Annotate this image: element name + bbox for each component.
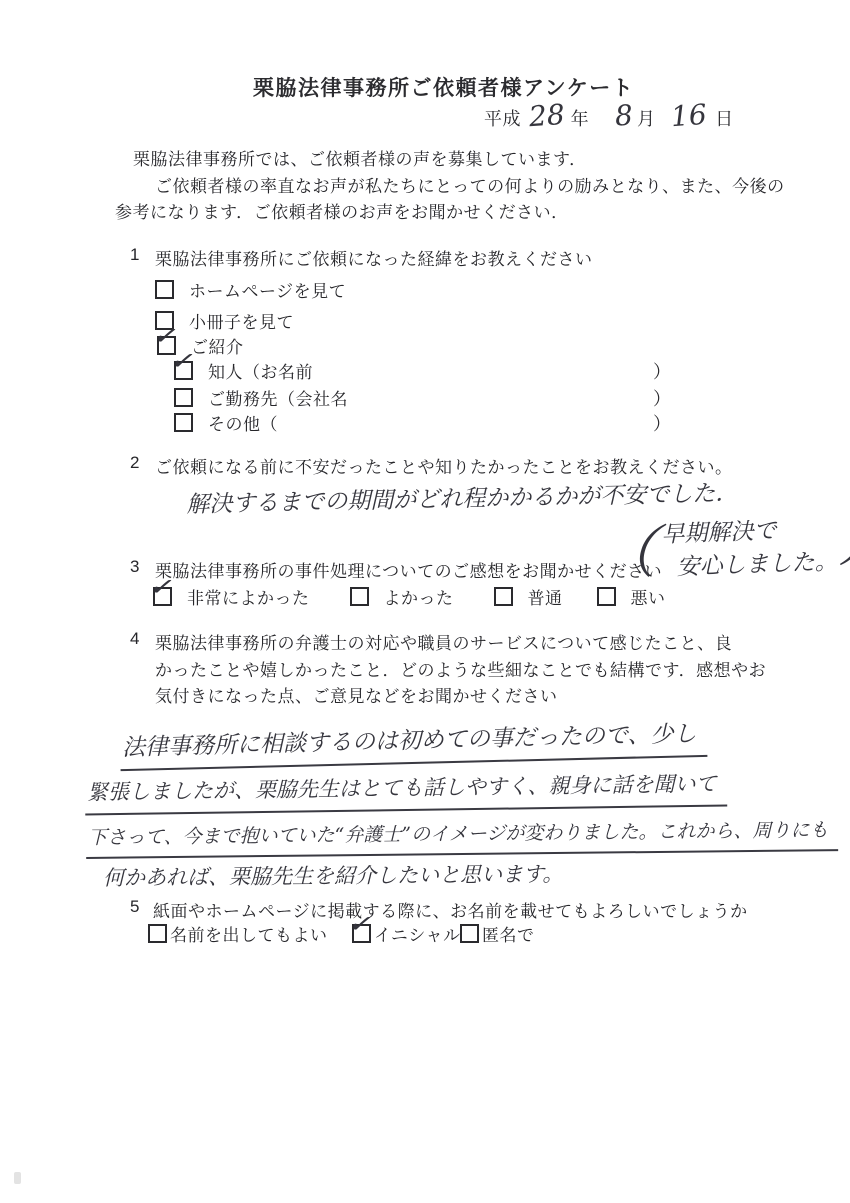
checkbox[interactable] — [350, 587, 369, 606]
checkbox-checked[interactable]: ✓ — [352, 924, 371, 943]
option-label: よかった — [384, 584, 454, 609]
q5-option-anonymous: 匿名で — [460, 921, 535, 946]
q4-text-line-1: 栗脇法律事務所の弁護士の対応や職員のサービスについて感じたこと、良 — [155, 629, 732, 654]
checkbox[interactable] — [155, 280, 174, 299]
q4-answer-line-2: 緊張しましたが、栗脇先生はとても話しやすく、親身に話を聞いて — [85, 768, 727, 816]
intro-line-2: ご依頼者様の率直なお声が私たちにとっての何よりの励みとなり、また、今後の — [155, 172, 785, 197]
check-icon: ✓ — [147, 573, 177, 602]
option-label: ご勤務先（会社名 — [208, 385, 348, 410]
option-label: 非常によかった — [187, 584, 310, 609]
option-label: 普通 — [528, 584, 563, 609]
option-label: その他（ — [208, 410, 278, 435]
scan-artifact — [14, 1172, 21, 1184]
q4-text-line-3: 気付きになった点、ご意見などをお聞かせください — [155, 682, 558, 707]
q3-text: 栗脇法律事務所の事件処理についてのご感想をお聞かせください — [155, 557, 662, 582]
date-day-unit: 日 — [715, 105, 734, 131]
q3-number: 3 — [130, 557, 140, 577]
close-paren: ） — [837, 506, 850, 579]
checkbox[interactable] — [148, 924, 167, 943]
date-line: 平成 28 年 8 月 16 日 — [484, 102, 734, 131]
checkbox[interactable] — [597, 587, 616, 606]
q4-answer-line-4: 何かあれば、栗脇先生を紹介したいと思います。 — [103, 858, 564, 892]
checkbox[interactable] — [174, 388, 193, 407]
q1-option-workplace: ご勤務先（会社名 ） — [0, 385, 850, 410]
q1-text: 栗脇法律事務所にご依頼になった経緯をお教えください — [155, 245, 593, 270]
intro-line-3: 参考になります．ご依頼者様のお声をお聞かせください． — [115, 198, 569, 223]
q1-option-booklet: 小冊子を見て — [0, 308, 850, 333]
option-label: ホームページを見て — [189, 277, 346, 302]
page-title: 栗脇法律事務所ご依頼者様アンケート — [253, 72, 634, 102]
date-year-value: 28 — [528, 101, 566, 131]
date-era-label: 平成 — [484, 105, 521, 131]
q1-option-referral: ✓ ご紹介 — [0, 333, 850, 358]
scanned-survey-page: 栗脇法律事務所ご依頼者様アンケート 平成 28 年 8 月 16 日 栗脇法律事… — [0, 0, 850, 1203]
q4-answer-line-3: 下さって、今まで抱いていた“弁護士”のイメージが変わりました。これから、周りにも — [86, 815, 839, 859]
close-paren: ） — [653, 358, 672, 384]
date-month-unit: 月 — [637, 105, 656, 131]
option-label: 匿名で — [482, 921, 535, 946]
intro-line-1: 栗脇法律事務所では、ご依頼者様の声を募集しています． — [133, 145, 587, 170]
q5-number: 5 — [130, 897, 140, 917]
close-paren: ） — [653, 410, 672, 436]
q3-options-row: ✓ 非常によかった よかった 普通 悪い — [153, 584, 666, 609]
checkbox-checked[interactable]: ✓ — [153, 587, 172, 606]
checkbox[interactable] — [174, 413, 193, 432]
date-year-unit: 年 — [571, 105, 590, 131]
option-label: 小冊子を見て — [189, 308, 294, 333]
q4-text-line-2: かったことや嬉しかったこと．どのような些細なことでも結構です．感想やお — [155, 656, 766, 681]
date-month-value: 8 — [614, 101, 634, 130]
q2-number: 2 — [130, 453, 140, 473]
date-day-value: 16 — [671, 101, 709, 131]
checkbox[interactable] — [460, 924, 479, 943]
option-label: 名前を出してもよい — [170, 921, 328, 946]
checkbox[interactable] — [494, 587, 513, 606]
q1-option-homepage: ホームページを見て — [0, 277, 850, 302]
close-paren: ） — [653, 385, 672, 411]
option-label: 知人（お名前 — [208, 358, 313, 383]
option-label: ご紹介 — [191, 333, 244, 358]
q1-option-other: その他（ ） — [0, 410, 850, 435]
q5-text: 紙面やホームページに掲載する際に、お名前を載せてもよろしいでしょうか — [153, 897, 748, 922]
note-line-2: 安心しました。 — [662, 546, 838, 585]
checkbox-checked[interactable]: ✓ — [174, 361, 193, 380]
q4-answer-line-1: 法律事務所に相談するのは初めての事だったので、少し — [120, 715, 707, 771]
q1-option-acquaintance: ✓ 知人（お名前 ） — [0, 358, 850, 383]
option-label: 悪い — [631, 584, 666, 609]
q4-number: 4 — [130, 629, 140, 649]
q1-number: 1 — [130, 245, 140, 265]
q5-option-real-name: 名前を出してもよい — [148, 921, 328, 946]
q2-text: ご依頼になる前に不安だったことや知りたかったことをお教えください。 — [155, 453, 733, 478]
